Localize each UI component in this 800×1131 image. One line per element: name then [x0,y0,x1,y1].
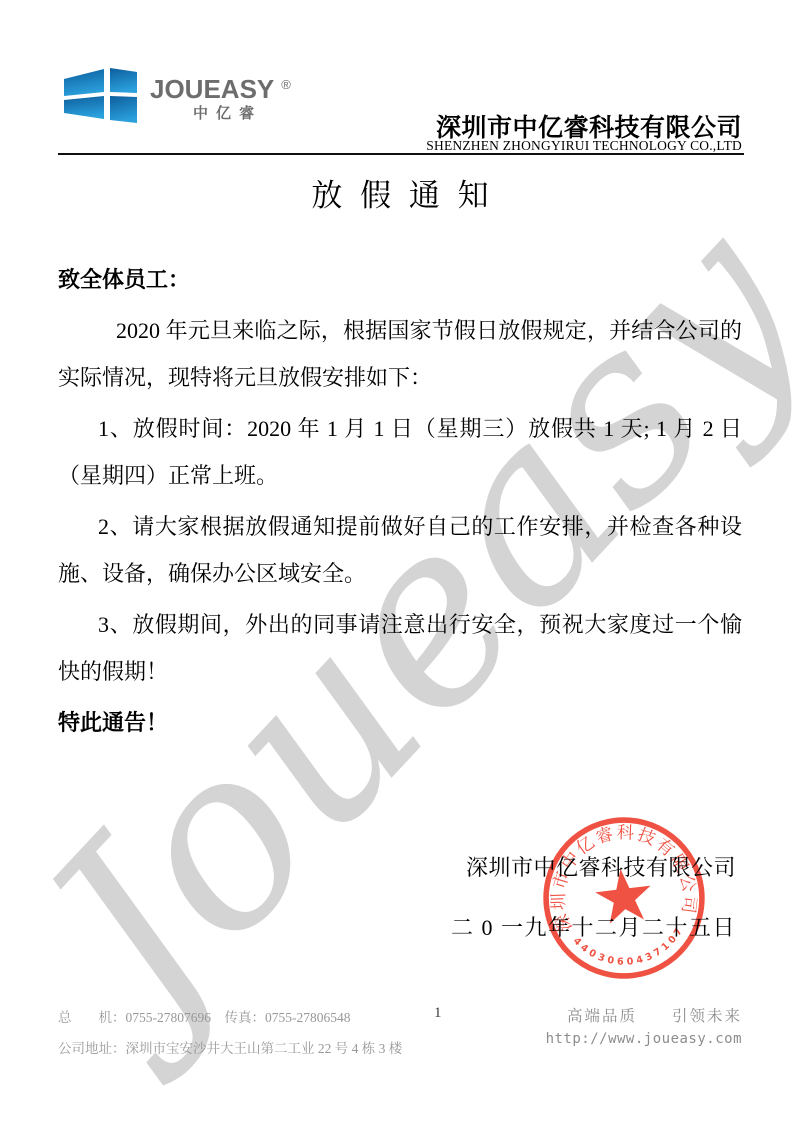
footer-website: http://www.joueasy.com [546,1031,742,1047]
star-icon [593,865,655,924]
paragraph-item-1: 1、放假时间：2020 年 1 月 1 日（星期三）放假共 1 天; 1 月 2… [58,405,742,500]
logo-pane-top-right [110,68,137,93]
paragraph-intro: 2020 年元旦来临之际，根据国家节假日放假规定，并结合公司的实际情况，现特将元… [58,307,742,402]
salutation: 致全体员工： [58,256,742,304]
page-number: 1 [434,1005,442,1022]
footer-phone: 总 机：0755-27807696 传真：0755-27806548 [58,1002,402,1033]
logo-pane-top-left [64,69,104,96]
window-panes-icon [64,63,138,129]
company-seal: 深圳市中亿睿科技有限公司 4403060437107 [538,812,710,984]
brand-text: JOUEASY® [150,74,291,105]
header-divider [58,153,744,155]
closing-statement: 特此通告！ [58,699,742,747]
paragraph-item-2: 2、请大家根据放假通知提前做好自己的工作安排，并检查各种设施、设备，确保办公区域… [58,503,742,598]
registered-mark: ® [281,77,291,92]
page: Joueasy JOUEASY® 中亿睿 深圳市中亿睿科技有限公司 SHENZH… [0,0,800,1131]
brand-cn-text: 中亿睿 [193,102,262,123]
company-name-en: SHENZHEN ZHONGYIRUI TECHNOLOGY CO.,LTD [426,138,742,154]
paragraph-item-3: 3、放假期间，外出的同事请注意出行安全，预祝大家度过一个愉快的假期！ [58,601,742,696]
footer-address: 公司地址：深圳市宝安沙井大王山第二工业 22 号 4 栋 3 楼 [58,1033,402,1064]
brand-name: JOUEASY [150,74,274,104]
logo-pane-bottom-right [110,96,137,123]
notice-body: 致全体员工： 2020 年元旦来临之际，根据国家节假日放假规定，并结合公司的实际… [58,256,742,749]
page-title: 放 假 通 知 [0,170,800,215]
footer-contact: 总 机：0755-27807696 传真：0755-27806548 公司地址：… [58,1002,402,1064]
footer-slogan: 高端品质 引领未来 [546,1004,742,1026]
footer-brand: 高端品质 引领未来 http://www.joueasy.com [546,1004,742,1047]
logo-pane-bottom-left [64,96,104,119]
